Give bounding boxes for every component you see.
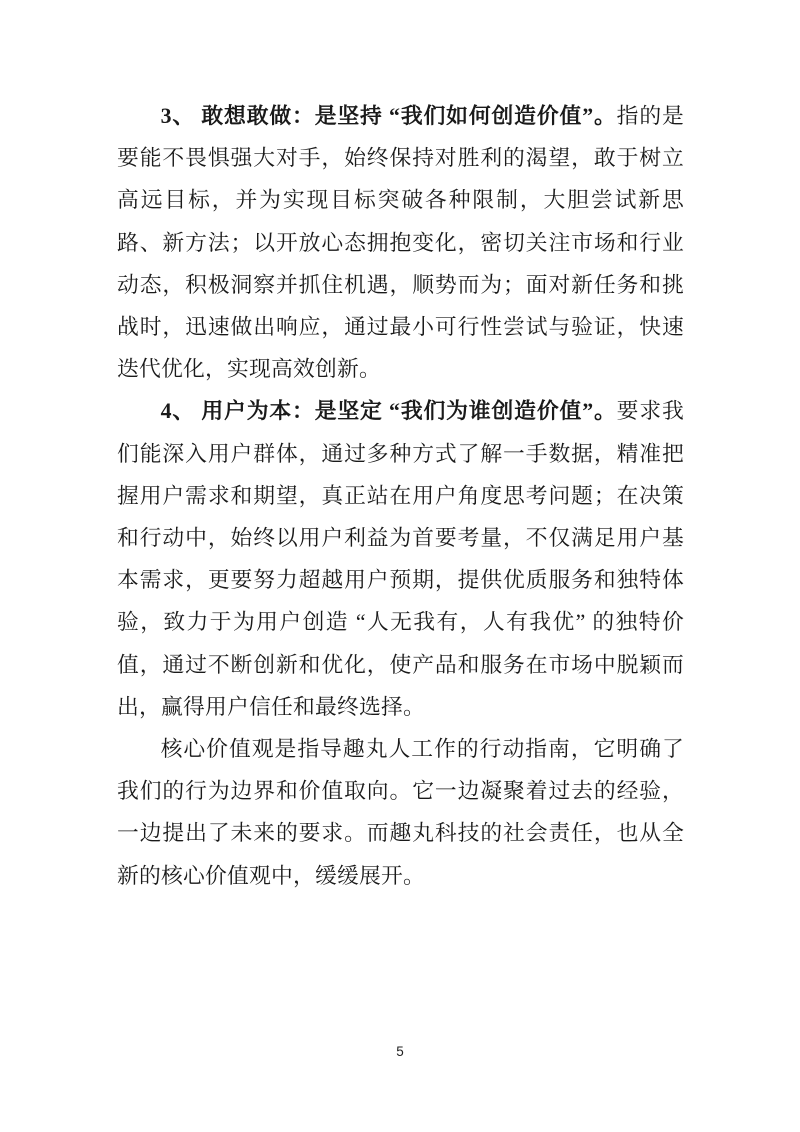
paragraph-body: 核心价值观是指导趣丸人工作的行动指南，它明确了我们的行为边界和价值取向。它一边凝… [117,737,684,888]
document-page: 3、 敢想敢做：是坚持 “我们如何创造价值”。指的是要能不畏惧强大对手，始终保持… [0,0,800,1132]
document-body: 3、 敢想敢做：是坚持 “我们如何创造价值”。指的是要能不畏惧强大对手，始终保持… [117,95,684,897]
page-number: 5 [396,1044,404,1059]
paragraph: 4、 用户为本：是坚定 “我们为谁创造价值”。要求我们能深入用户群体，通过多种方… [117,390,684,728]
paragraph: 3、 敢想敢做：是坚持 “我们如何创造价值”。指的是要能不畏惧强大对手，始终保持… [117,95,684,390]
paragraph-body: 要求我们能深入用户群体，通过多种方式了解一手数据，精准把握用户需求和期望，真正站… [117,399,684,718]
paragraph-lead: 3、 敢想敢做：是坚持 “我们如何创造价值”。 [161,104,617,128]
paragraph-body: 指的是要能不畏惧强大对手，始终保持对胜利的渴望，敢于树立高远目标，并为实现目标突… [117,104,684,381]
page-footer: 5 [0,1044,800,1060]
paragraph-lead: 4、 用户为本：是坚定 “我们为谁创造价值”。 [161,399,617,423]
paragraph: 核心价值观是指导趣丸人工作的行动指南，它明确了我们的行为边界和价值取向。它一边凝… [117,728,684,897]
